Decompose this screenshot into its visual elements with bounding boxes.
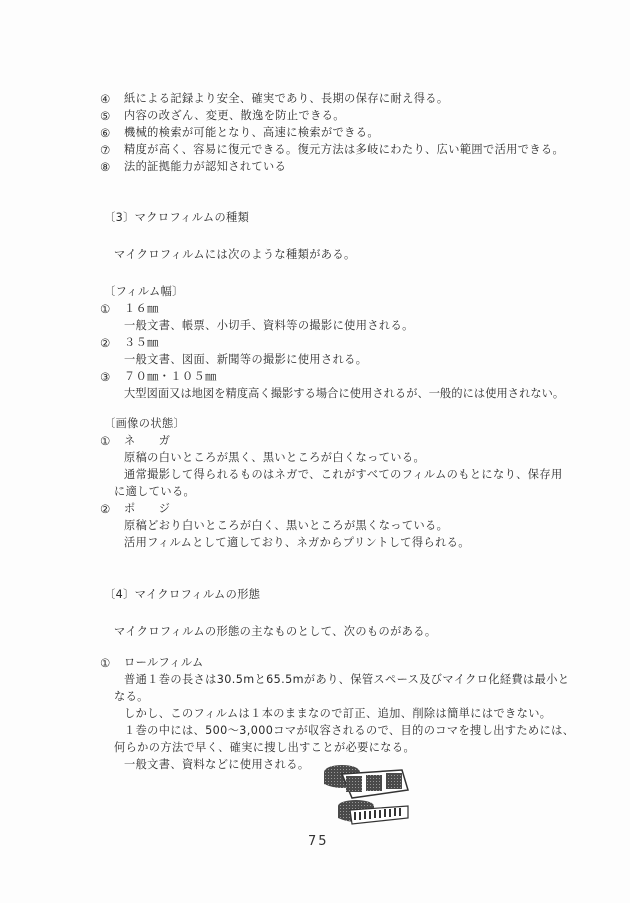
item-description: 原稿の白いところが黒く、黒いところが白くなっている。	[124, 451, 425, 465]
section-heading: 〔4〕マイクロフィルムの形態	[104, 588, 260, 602]
item-description: しかし、このフィルムは１本のままなので訂正、追加、削除は簡単にはできない。	[124, 707, 551, 721]
item-title: ネ ガ	[124, 434, 170, 448]
list-marker: ⑧	[100, 160, 110, 174]
list-marker: ①	[100, 302, 110, 316]
item-title: ３５㎜	[124, 336, 159, 350]
item-description: 何らかの方法で早く、確実に捜し出すことが必要になる。	[114, 741, 415, 755]
list-marker: ②	[100, 336, 110, 350]
list-marker: ③	[100, 370, 110, 384]
subsection-label: 〔画像の状態〕	[104, 417, 185, 431]
film-reel-icon	[322, 760, 410, 828]
list-marker: ②	[100, 502, 110, 516]
list-marker: ⑦	[100, 143, 110, 157]
item-description: 原稿どおり白いところが白く、黒いところが黒くなっている。	[124, 519, 448, 533]
advantage-item: 内容の改ざん、変更、散逸を防止できる。	[124, 109, 345, 123]
item-description: 活用フィルムとして適しており、ネガからプリントして得られる。	[124, 536, 470, 550]
item-description: 一般文書、資料などに使用される。	[124, 758, 309, 772]
item-title: ７０㎜・１０５㎜	[124, 370, 217, 384]
advantage-item: 機械的検索が可能となり、高速に検索ができる。	[124, 126, 379, 140]
list-marker: ⑤	[100, 109, 110, 123]
advantage-item: 精度が高く、容易に復元できる。復元方法は多岐にわたり、広い範囲で活用できる。	[124, 143, 564, 157]
list-marker: ④	[100, 92, 110, 106]
advantage-item: 法的証拠能力が認知されている	[124, 160, 286, 174]
section-intro: マイクロフィルムには次のような種類がある。	[114, 248, 356, 262]
advantage-item: 紙による記録より安全、確実であり、長期の保存に耐え得る。	[124, 92, 448, 106]
item-description: 普通１巻の長さは30.5mと65.5mがあり、保管スペース及びマイクロ化経費は最…	[124, 673, 569, 687]
item-description: に適している。	[114, 485, 195, 499]
item-description: なる。	[114, 690, 149, 704]
page-number: 75	[308, 834, 329, 849]
list-marker: ⑥	[100, 126, 110, 140]
item-description: 一般文書、帳票、小切手、資料等の撮影に使用される。	[124, 319, 414, 333]
list-marker: ①	[100, 656, 110, 670]
item-description: 通常撮影して得られるものはネガで、これがすべてのフィルムのもとになり、保存用	[124, 468, 563, 482]
item-description: 一般文書、図面、新聞等の撮影に使用される。	[124, 353, 367, 367]
item-title: １６㎜	[124, 302, 159, 316]
item-title: ポ ジ	[124, 502, 170, 516]
subsection-label: 〔フィルム幅〕	[104, 285, 184, 299]
section-heading: 〔3〕マクロフィルムの種類	[104, 211, 249, 225]
list-marker: ①	[100, 434, 110, 448]
item-description: １巻の中には、500～3,000コマが収容されるので、目的のコマを捜し出すために…	[124, 724, 574, 738]
section-intro: マイクロフィルムの形態の主なものとして、次のものがある。	[114, 625, 436, 639]
item-title: ロールフィルム	[124, 656, 204, 670]
item-description: 大型図面又は地図を精度高く撮影する場合に使用されるが、一般的には使用されない。	[124, 387, 564, 401]
